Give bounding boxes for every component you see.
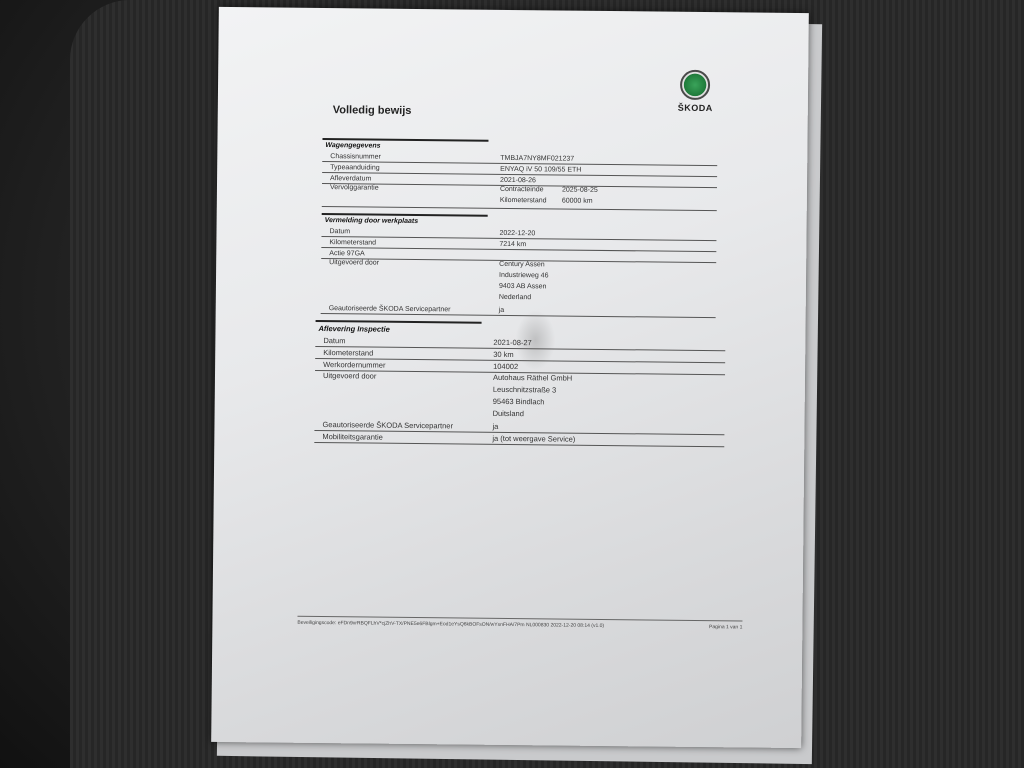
section-wagengegevens: Wagengegevens ChassisnummerTMBJA7NY8MF02… bbox=[322, 138, 718, 211]
table-row-vervolggarantie: Vervolggarantie Contracteinde2025-08-25 … bbox=[322, 184, 717, 211]
brand-logo: ŠKODA bbox=[678, 70, 713, 113]
dealer-timestamp: NL000830 2022-12-20 08:14 (v1.0) bbox=[526, 622, 604, 629]
table-row-uitgevoerd-door: Uitgevoerd door Autohaus Räthel GmbH Leu… bbox=[315, 371, 725, 423]
section-werkplaats: Vermelding door werkplaats Datum2022-12-… bbox=[321, 213, 717, 318]
section-inspectie: Aflevering Inspectie Datum2021-08-27 Kil… bbox=[314, 320, 725, 447]
document-title: Volledig bewijs bbox=[333, 104, 412, 117]
page-number: Pagina 1 van 1 bbox=[709, 624, 742, 630]
brand-name: ŠKODA bbox=[678, 103, 713, 113]
section-heading: Aflevering Inspectie bbox=[315, 320, 481, 337]
skoda-logo-icon bbox=[680, 70, 710, 100]
table-row-uitgevoerd-door: Uitgevoerd door Century Assen Industriew… bbox=[321, 259, 716, 307]
security-code: eFDn9xrRBQFLhV*cjZhV-TX/PNE5e6FBlgm+Eod1… bbox=[338, 620, 525, 628]
document-page: ŠKODA Volledig bewijs Wagengegevens Chas… bbox=[211, 7, 809, 748]
security-code-label: Beveiligingscode: bbox=[297, 620, 336, 626]
document-footer: Beveiligingscode: eFDn9xrRBQFLhV*cjZhV-T… bbox=[297, 616, 742, 631]
